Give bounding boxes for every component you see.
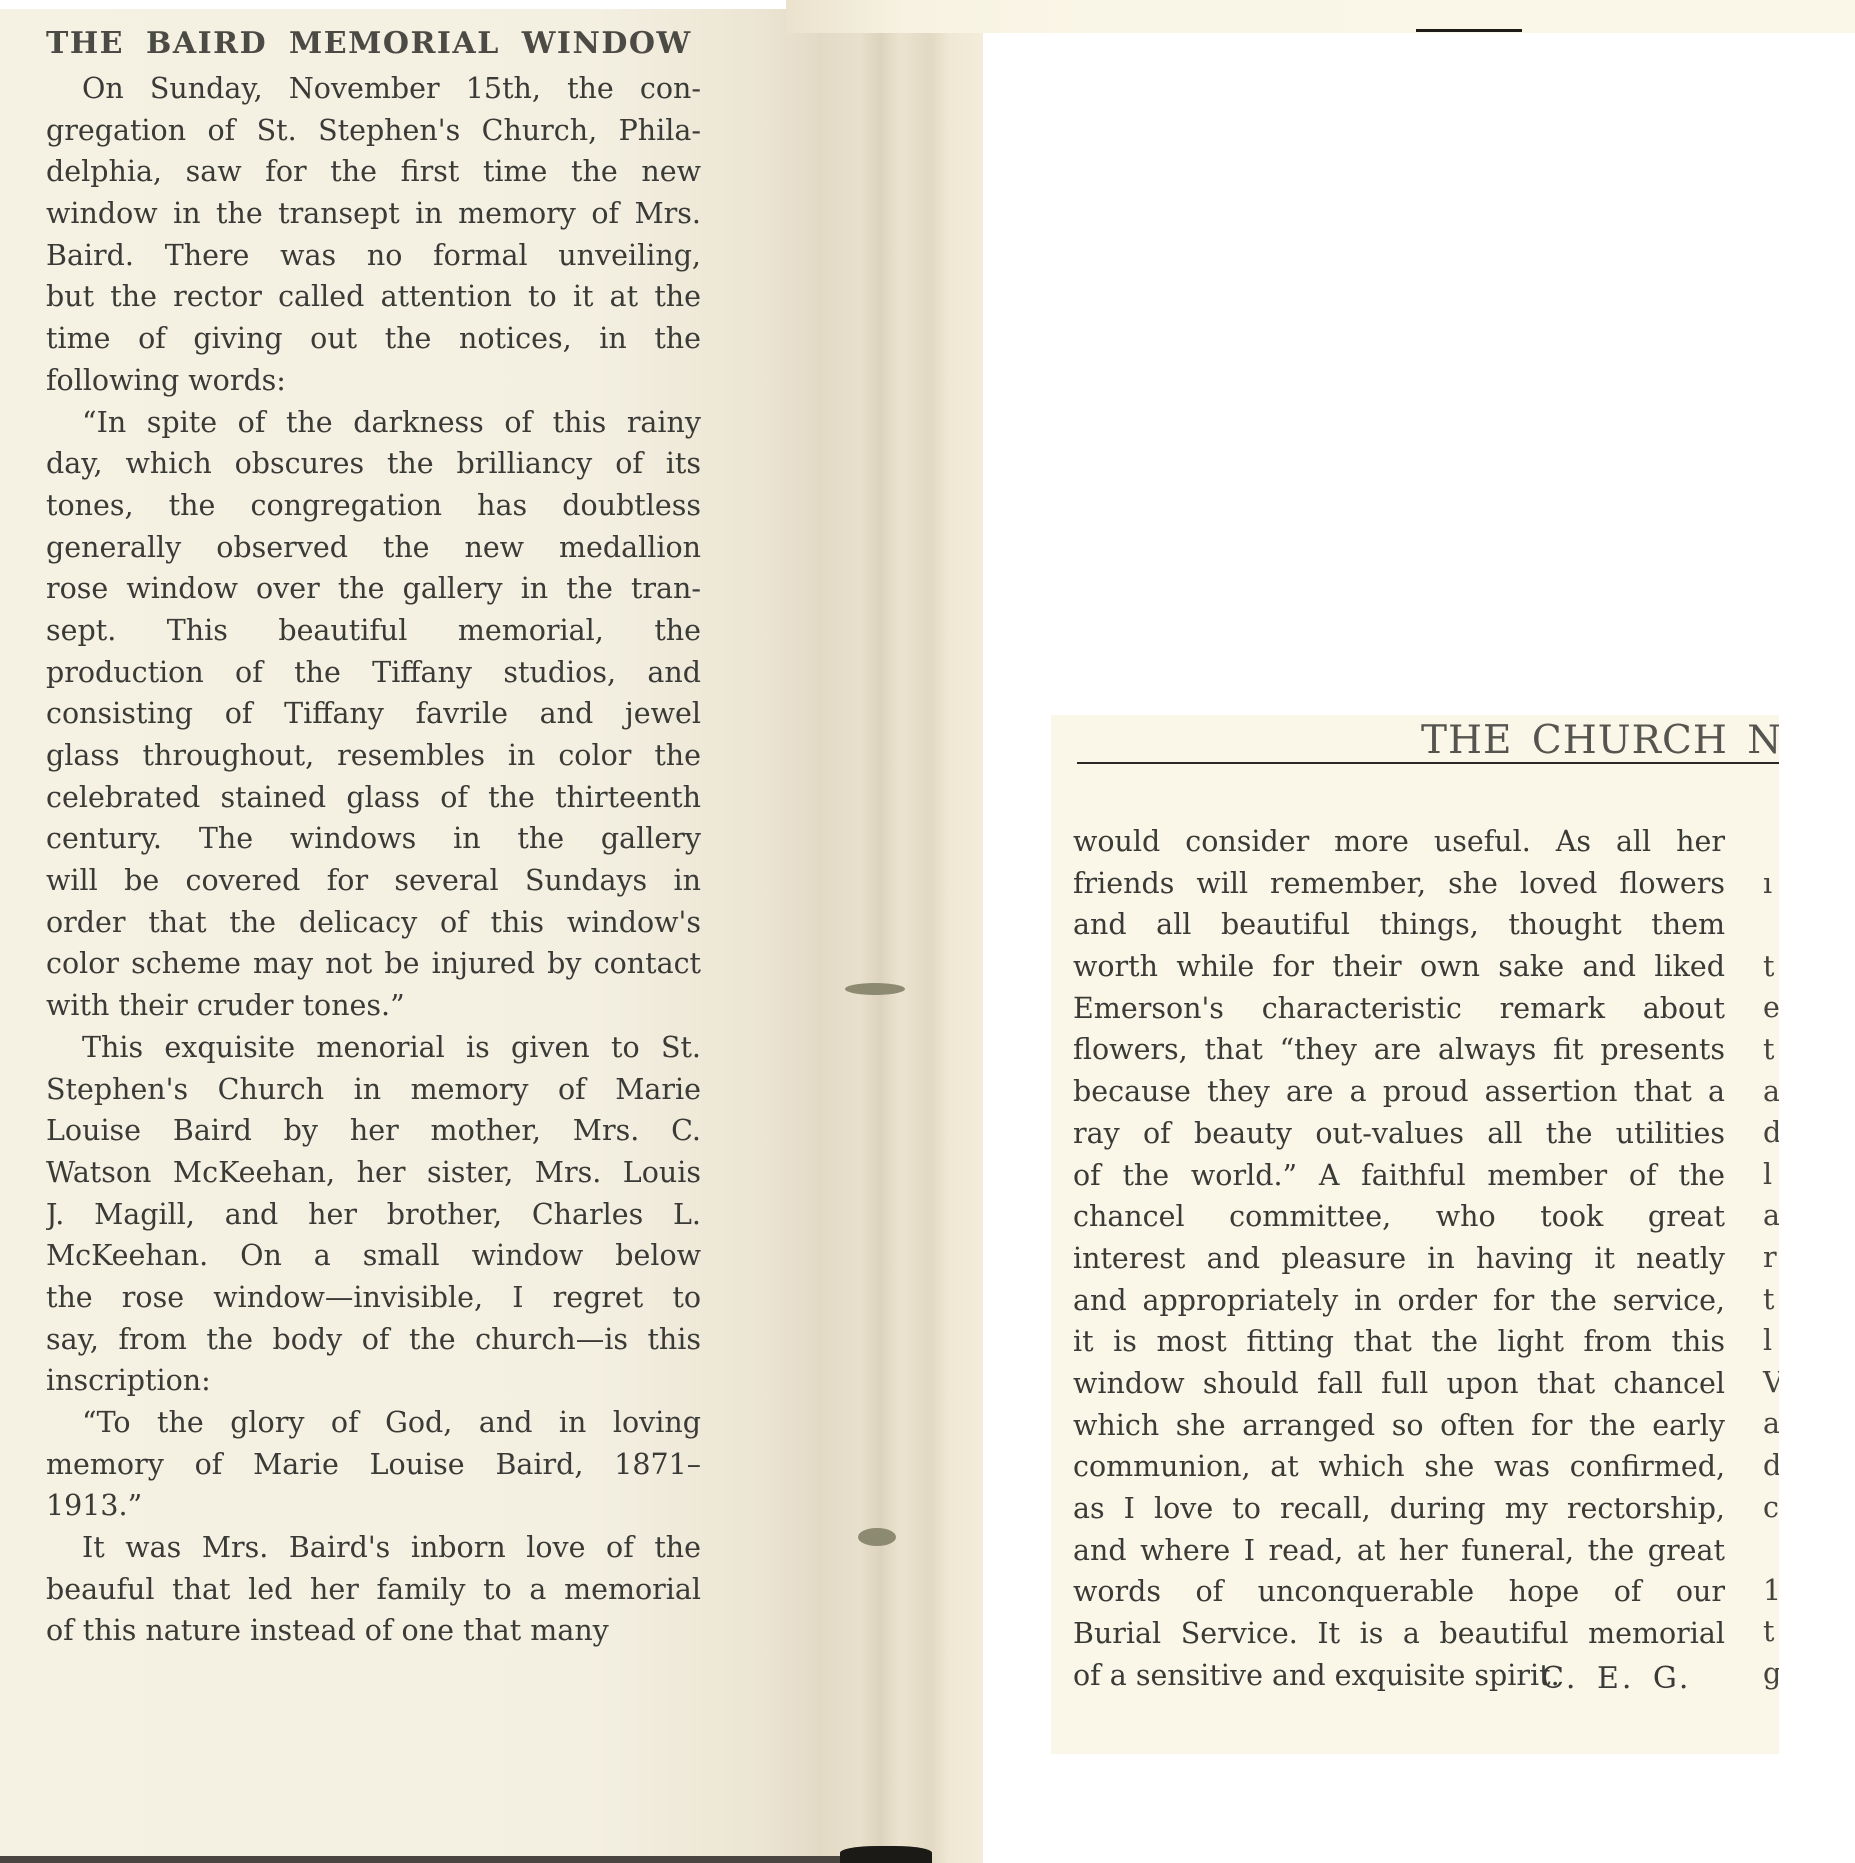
text-line: window should fall full upon that chance… xyxy=(1073,1363,1725,1405)
text-line: interest and pleasure in having it neatl… xyxy=(1073,1238,1725,1280)
text-line: friends will remember, she loved flowers xyxy=(1073,863,1725,905)
fragment-letter xyxy=(1763,821,1779,863)
article-body: On Sunday, November 15th, the con-gregat… xyxy=(46,68,701,1652)
fragment-letter: r xyxy=(1763,1237,1779,1279)
text-line: generally observed the new medallion xyxy=(46,527,701,569)
text-line: will be covered for several Sundays in xyxy=(46,860,701,902)
fragment-letter: a xyxy=(1763,1195,1779,1237)
text-line: celebrated stained glass of the thirteen… xyxy=(46,777,701,819)
fragment-letter xyxy=(1763,1528,1779,1570)
text-line: worth while for their own sake and liked xyxy=(1073,946,1725,988)
fragment-letter: l xyxy=(1763,1154,1779,1196)
text-line: flowers, that “they are always fit prese… xyxy=(1073,1029,1725,1071)
article-column: THE BAIRD MEMORIAL WINDOW On Sunday, Nov… xyxy=(46,20,701,1652)
text-line: and all beautiful things, thought them xyxy=(1073,904,1725,946)
page-bottom-edge xyxy=(0,1856,850,1863)
text-line: which she arranged so often for the earl… xyxy=(1073,1405,1725,1447)
text-line: Louise Baird by her mother, Mrs. C. xyxy=(46,1110,701,1152)
text-line: J. Magill, and her brother, Charles L. xyxy=(46,1194,701,1236)
text-line: following words: xyxy=(46,360,701,402)
text-line: Burial Service. It is a beautiful memori… xyxy=(1073,1613,1725,1655)
text-line: Watson McKeehan, her sister, Mrs. Louis xyxy=(46,1152,701,1194)
adjacent-column-fragments: ıtetadlartlVadc1tg xyxy=(1763,821,1779,1694)
fragment-letter: t xyxy=(1763,946,1779,988)
text-line: gregation of St. Stephen's Church, Phila… xyxy=(46,110,701,152)
text-line: McKeehan. On a small window below xyxy=(46,1235,701,1277)
fragment-letter: t xyxy=(1763,1279,1779,1321)
text-line: would consider more useful. As all her xyxy=(1073,821,1725,863)
fragment-letter: a xyxy=(1763,1403,1779,1445)
text-line: of the world.” A faithful member of the xyxy=(1073,1155,1725,1197)
text-line: say, from the body of the church—is this xyxy=(46,1319,701,1361)
fragment-letter: d xyxy=(1763,1445,1779,1487)
text-line: century. The windows in the gallery xyxy=(46,818,701,860)
text-line: “In spite of the darkness of this rainy xyxy=(46,402,701,444)
binding-tear-mark xyxy=(858,1528,896,1546)
fragment-letter: c xyxy=(1763,1487,1779,1529)
text-line: order that the delicacy of this window's xyxy=(46,902,701,944)
fragment-letter: V xyxy=(1763,1362,1779,1404)
binding-shadow xyxy=(840,1846,932,1863)
text-line: of this nature instead of one that many xyxy=(46,1610,701,1652)
text-line: delphia, saw for the first time the new xyxy=(46,151,701,193)
author-initials: C. E. G. xyxy=(1541,1661,1691,1696)
text-line: and appropriately in order for the servi… xyxy=(1073,1280,1725,1322)
text-line: communion, at which she was confirmed, xyxy=(1073,1446,1725,1488)
text-line: Baird. There was no formal unveiling, xyxy=(46,235,701,277)
fragment-letter: a xyxy=(1763,1071,1779,1113)
text-line: time of giving out the notices, in the xyxy=(46,318,701,360)
text-line: 1913.” xyxy=(46,1485,701,1527)
text-line: Emerson's characteristic remark about xyxy=(1073,988,1725,1030)
text-line: glass throughout, resembles in color the xyxy=(46,735,701,777)
text-line: with their cruder tones.” xyxy=(46,985,701,1027)
fragment-letter: ı xyxy=(1763,863,1779,905)
top-rule-line xyxy=(1416,29,1522,32)
fragment-letter xyxy=(1763,904,1779,946)
fragment-letter: 1 xyxy=(1763,1570,1779,1612)
text-line: as I love to recall, during my rectorshi… xyxy=(1073,1488,1725,1530)
text-line: because they are a proud assertion that … xyxy=(1073,1071,1725,1113)
text-line: It was Mrs. Baird's inborn love of the xyxy=(46,1527,701,1569)
newspaper-clipping: THE CHURCH N would consider more useful.… xyxy=(1051,715,1779,1754)
text-line: consisting of Tiffany favrile and jewel xyxy=(46,693,701,735)
text-line: tones, the congregation has doubtless xyxy=(46,485,701,527)
text-line: but the rector called attention to it at… xyxy=(46,276,701,318)
next-page-top-strip xyxy=(786,0,1855,33)
text-line: This exquisite menorial is given to St. xyxy=(46,1027,701,1069)
fragment-letter: t xyxy=(1763,1029,1779,1071)
fragment-letter: l xyxy=(1763,1320,1779,1362)
text-line: On Sunday, November 15th, the con- xyxy=(46,68,701,110)
text-line: words of unconquerable hope of our xyxy=(1073,1571,1725,1613)
text-line: “To the glory of God, and in loving xyxy=(46,1402,701,1444)
text-line: production of the Tiffany studios, and xyxy=(46,652,701,694)
text-line: color scheme may not be injured by conta… xyxy=(46,943,701,985)
text-line: beauful that led her family to a memoria… xyxy=(46,1569,701,1611)
text-line: sept. This beautiful memorial, the xyxy=(46,610,701,652)
text-line: window in the transept in memory of Mrs. xyxy=(46,193,701,235)
fragment-letter: t xyxy=(1763,1611,1779,1653)
text-line: memory of Marie Louise Baird, 1871– xyxy=(46,1444,701,1486)
text-line: day, which obscures the brilliancy of it… xyxy=(46,443,701,485)
fragment-letter: g xyxy=(1763,1653,1779,1695)
text-line: inscription: xyxy=(46,1360,701,1402)
text-line: Stephen's Church in memory of Marie xyxy=(46,1069,701,1111)
text-line: it is most fitting that the light from t… xyxy=(1073,1321,1725,1363)
clipping-header: THE CHURCH N xyxy=(1421,715,1779,767)
binding-tear-mark xyxy=(845,983,905,995)
text-line: chancel committee, who took great xyxy=(1073,1196,1725,1238)
left-book-page: THE BAIRD MEMORIAL WINDOW On Sunday, Nov… xyxy=(0,0,983,1863)
text-line: ray of beauty out-values all the utiliti… xyxy=(1073,1113,1725,1155)
fragment-letter: d xyxy=(1763,1112,1779,1154)
top-margin xyxy=(0,0,786,9)
clipping-body: would consider more useful. As all herfr… xyxy=(1073,821,1725,1696)
header-rule xyxy=(1077,762,1779,764)
fragment-letter: e xyxy=(1763,987,1779,1029)
article-title: THE BAIRD MEMORIAL WINDOW xyxy=(46,20,701,68)
text-line: the rose window—invisible, I regret to xyxy=(46,1277,701,1319)
text-line: rose window over the gallery in the tran… xyxy=(46,568,701,610)
text-line: and where I read, at her funeral, the gr… xyxy=(1073,1530,1725,1572)
